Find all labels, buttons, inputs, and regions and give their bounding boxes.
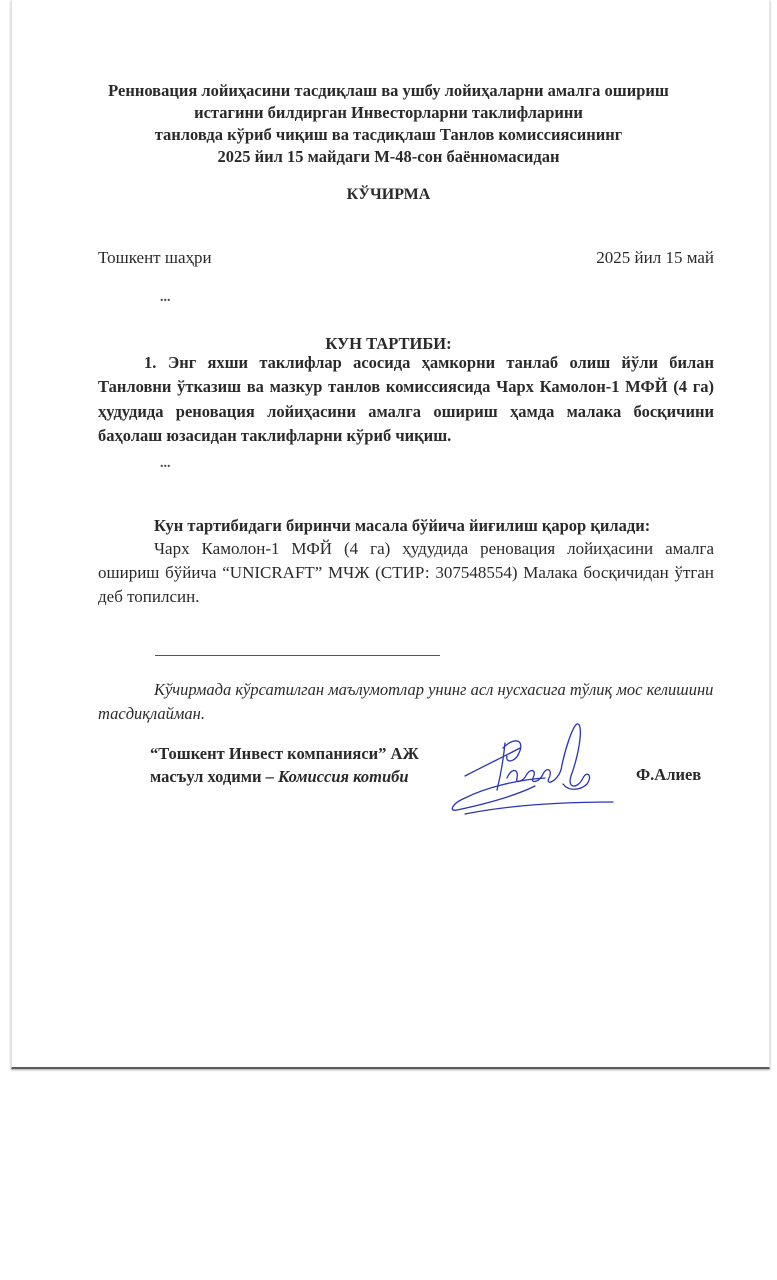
document-title: Ренновация лойиҳасини тасдиқлаш ва ушбу … — [0, 80, 777, 168]
certification-statement: Кўчирмада кўрсатилган маълумотлар унинг … — [98, 678, 714, 726]
date-label: 2025 йил 15 май — [596, 248, 714, 268]
position-role: Комиссия котиби — [278, 767, 409, 786]
omission-ellipsis-2: ... — [160, 456, 171, 472]
signatory-position: масъул ходими – Комиссия котиби — [150, 765, 419, 788]
certification-text: Кўчирмада кўрсатилган маълумотлар унинг … — [98, 680, 713, 723]
place-label: Тошкент шаҳри — [98, 248, 212, 268]
title-line-3: танловда кўриб чиқиш ва тасдиқлаш Танлов… — [0, 124, 777, 146]
title-line-1: Ренновация лойиҳасини тасдиқлаш ва ушбу … — [0, 80, 777, 102]
decision-body: Чарх Камолон-1 МФЙ (4 га) ҳудудида ренов… — [98, 537, 714, 609]
signatory-block: “Тошкент Инвест компанияси” АЖ масъул хо… — [150, 742, 419, 788]
decision-title: Кун тартибидаги биринчи масала бўйича йи… — [154, 516, 650, 536]
decision-text: Чарх Камолон-1 МФЙ (4 га) ҳудудида ренов… — [98, 539, 714, 606]
signatory-name: Ф.Алиев — [636, 765, 701, 785]
separator-line — [155, 655, 440, 656]
agenda-item: 1.Энг яхши таклифлар асосида ҳамкорни та… — [98, 351, 714, 448]
title-line-4: 2025 йил 15 майдаги М-48-сон баённомасид… — [0, 146, 777, 168]
agenda-item-number: 1. — [144, 351, 168, 375]
position-prefix: масъул ходими – — [150, 767, 278, 786]
omission-ellipsis: ... — [160, 290, 171, 306]
agenda-item-text: Энг яхши таклифлар асосида ҳамкорни танл… — [98, 353, 714, 445]
handwritten-signature — [445, 718, 615, 818]
extract-heading: КЎЧИРМА — [0, 186, 777, 204]
title-line-2: истагини билдирган Инвесторларни таклифл… — [0, 102, 777, 124]
signatory-organization: “Тошкент Инвест компанияси” АЖ — [150, 742, 419, 765]
